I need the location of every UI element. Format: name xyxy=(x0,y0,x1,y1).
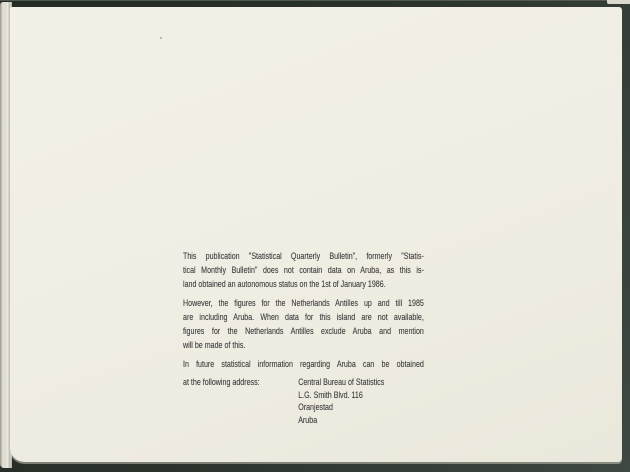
text-line: land obtained an autonomous status on th… xyxy=(183,278,424,292)
text-line: tical Monthly Bulletin" does not contain… xyxy=(183,264,424,278)
text-line: Oranjestad xyxy=(298,402,424,415)
paragraph-figures-notice: However, the figures for the Netherlands… xyxy=(183,297,424,353)
text-line: Aruba xyxy=(298,415,424,428)
text-line: are including Aruba. When data for this … xyxy=(183,311,424,325)
text-line: Central Bureau of Statistics xyxy=(298,377,424,390)
paragraph-publication-notice: This publication "Statistical Quarterly … xyxy=(183,250,424,292)
text-line: This publication "Statistical Quarterly … xyxy=(183,250,424,264)
dust-speck xyxy=(160,37,162,39)
address-row: at the following address: Central Bureau… xyxy=(183,377,424,427)
text-line: L.G. Smith Blvd. 116 xyxy=(298,390,424,403)
notice-text-block: This publication "Statistical Quarterly … xyxy=(183,250,424,427)
text-line: However, the figures for the Netherlands… xyxy=(183,297,424,311)
address-label: at the following address: xyxy=(183,377,298,427)
paragraph-future-info: In future statistical information regard… xyxy=(183,358,424,372)
underlying-page-sliver xyxy=(607,0,630,4)
page: This publication "Statistical Quarterly … xyxy=(10,7,622,462)
scanned-page-background: This publication "Statistical Quarterly … xyxy=(0,0,630,472)
scanner-frame-edge xyxy=(0,0,630,1)
text-line: In future statistical information regard… xyxy=(183,358,424,372)
text-line: will be made of this. xyxy=(183,339,424,353)
address-block: Central Bureau of StatisticsL.G. Smith B… xyxy=(298,377,424,427)
text-line: figures for the Netherlands Antilles exc… xyxy=(183,325,424,339)
